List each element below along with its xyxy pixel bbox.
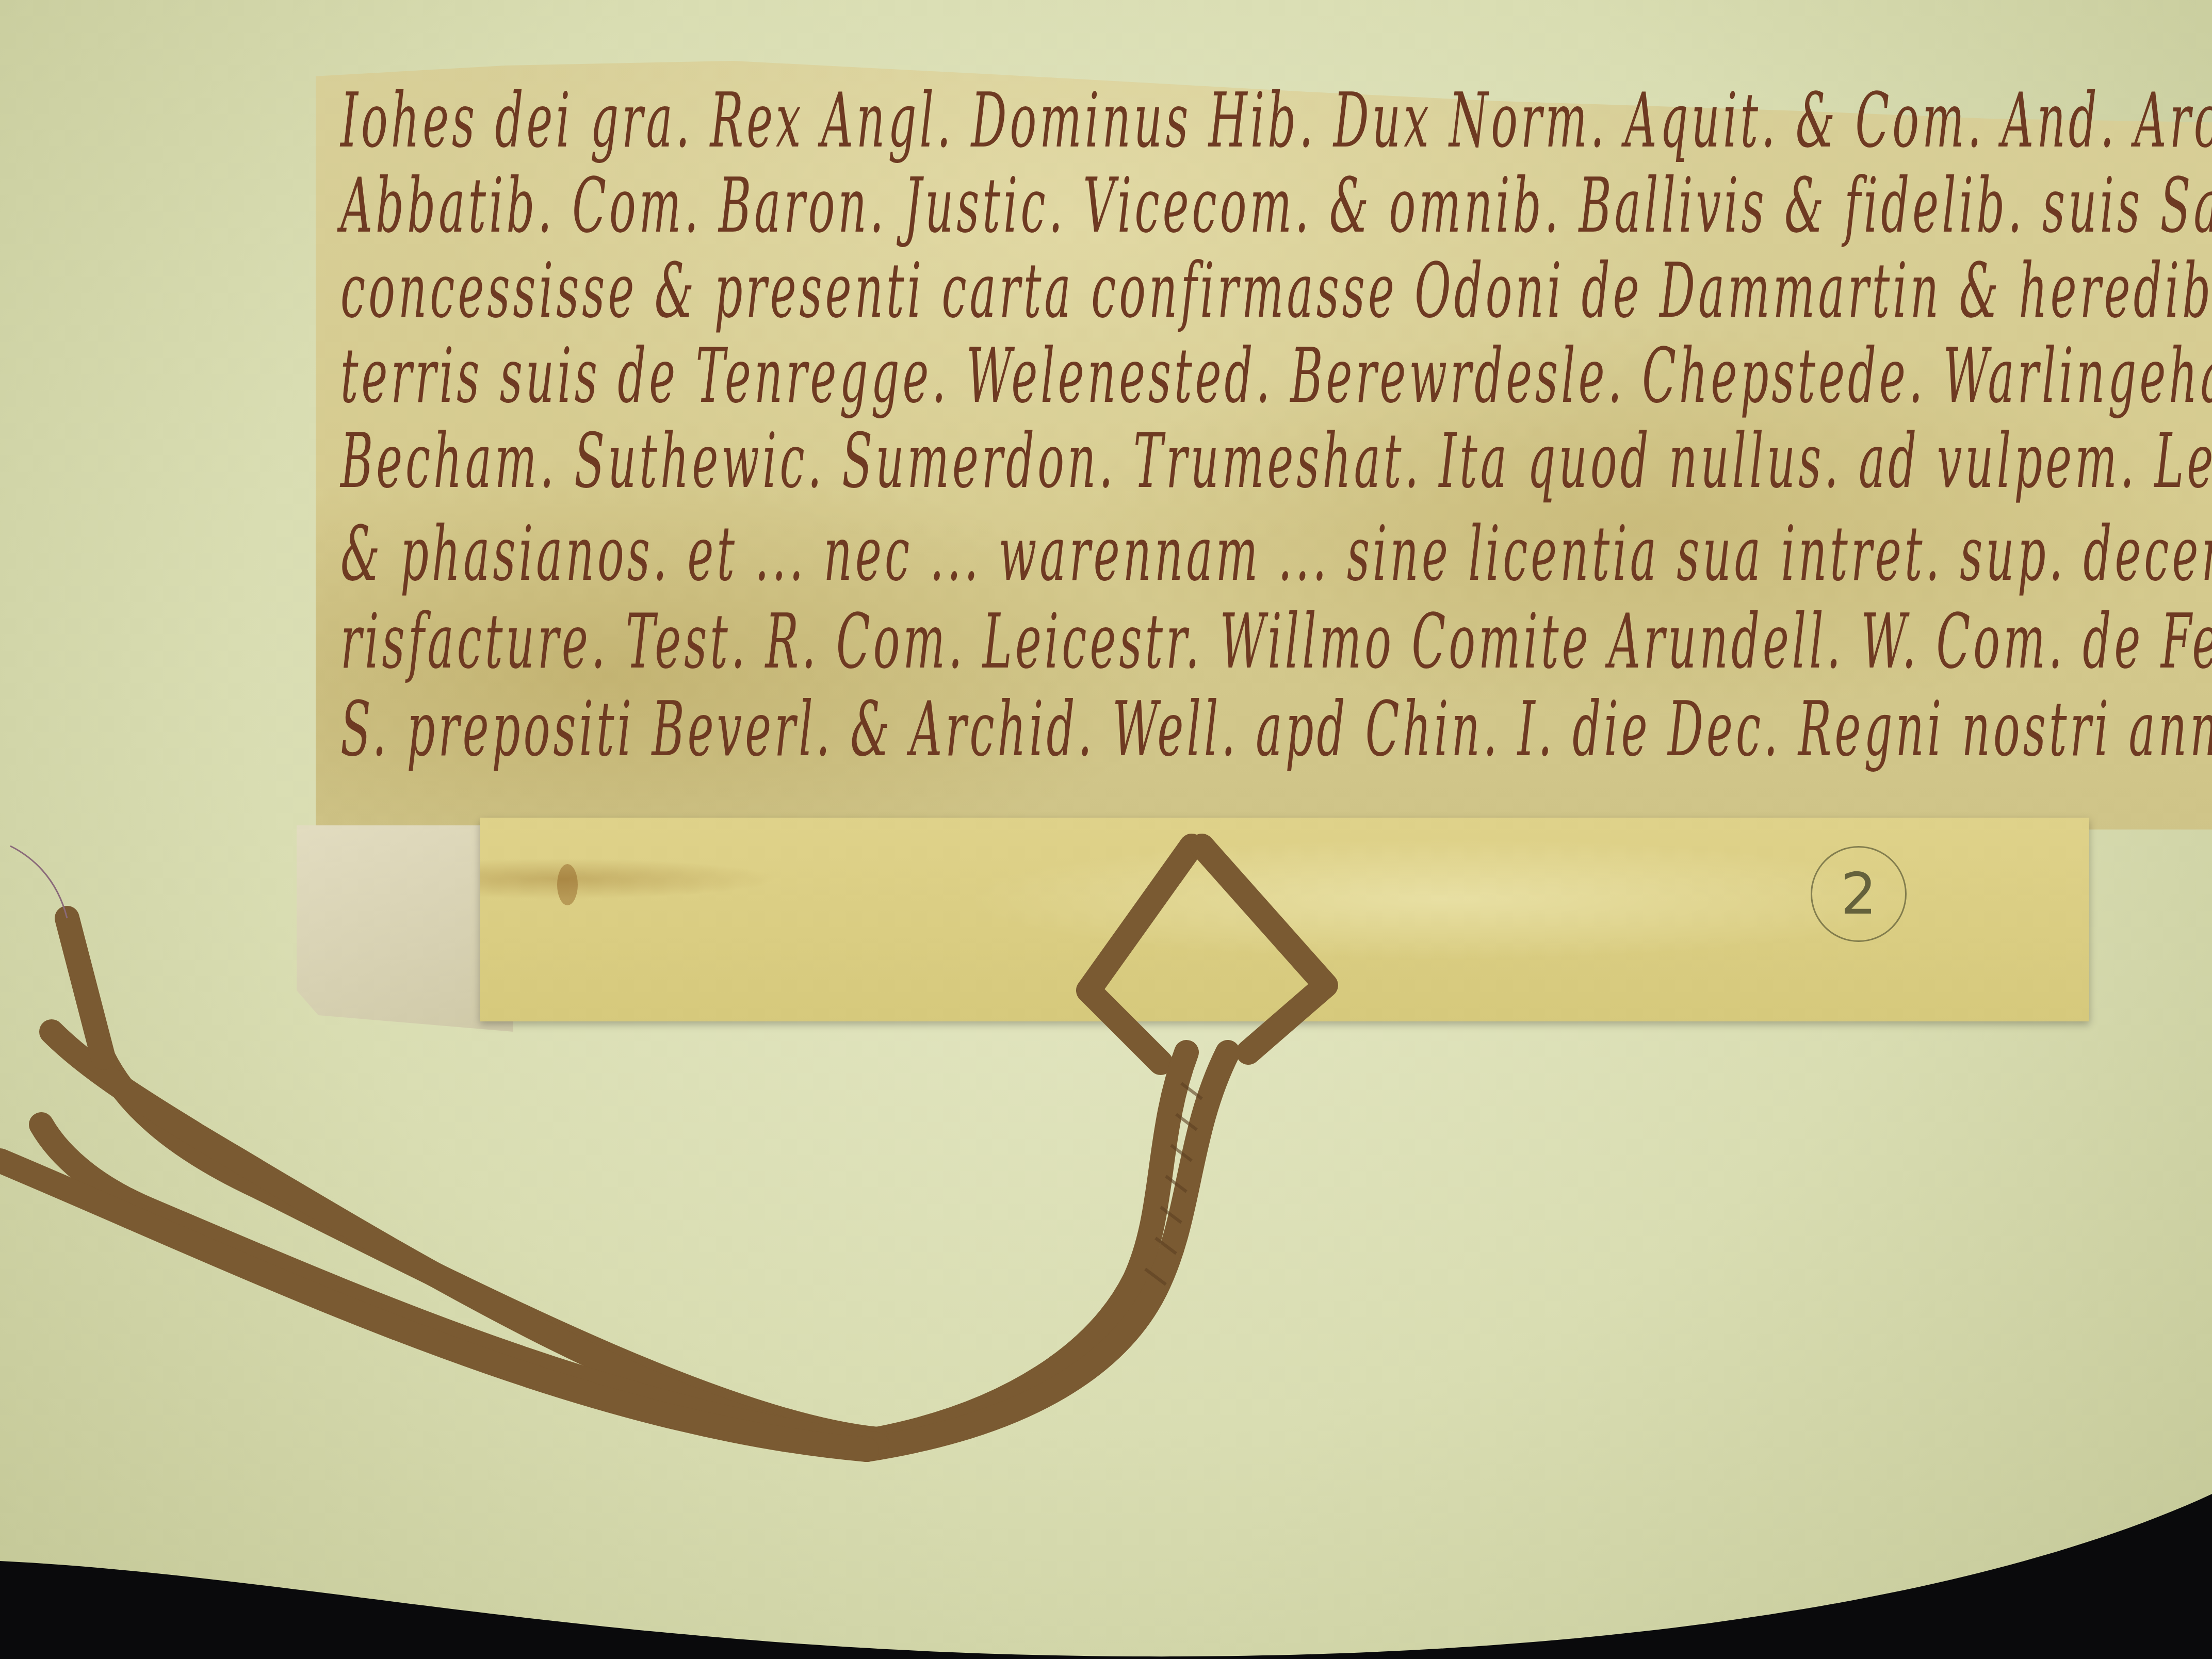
braided-seal-cord [0,0,2212,1659]
loose-thread [10,846,67,918]
cord-loop-left [1088,846,1192,1063]
cord-loop-right [1202,846,1326,1052]
